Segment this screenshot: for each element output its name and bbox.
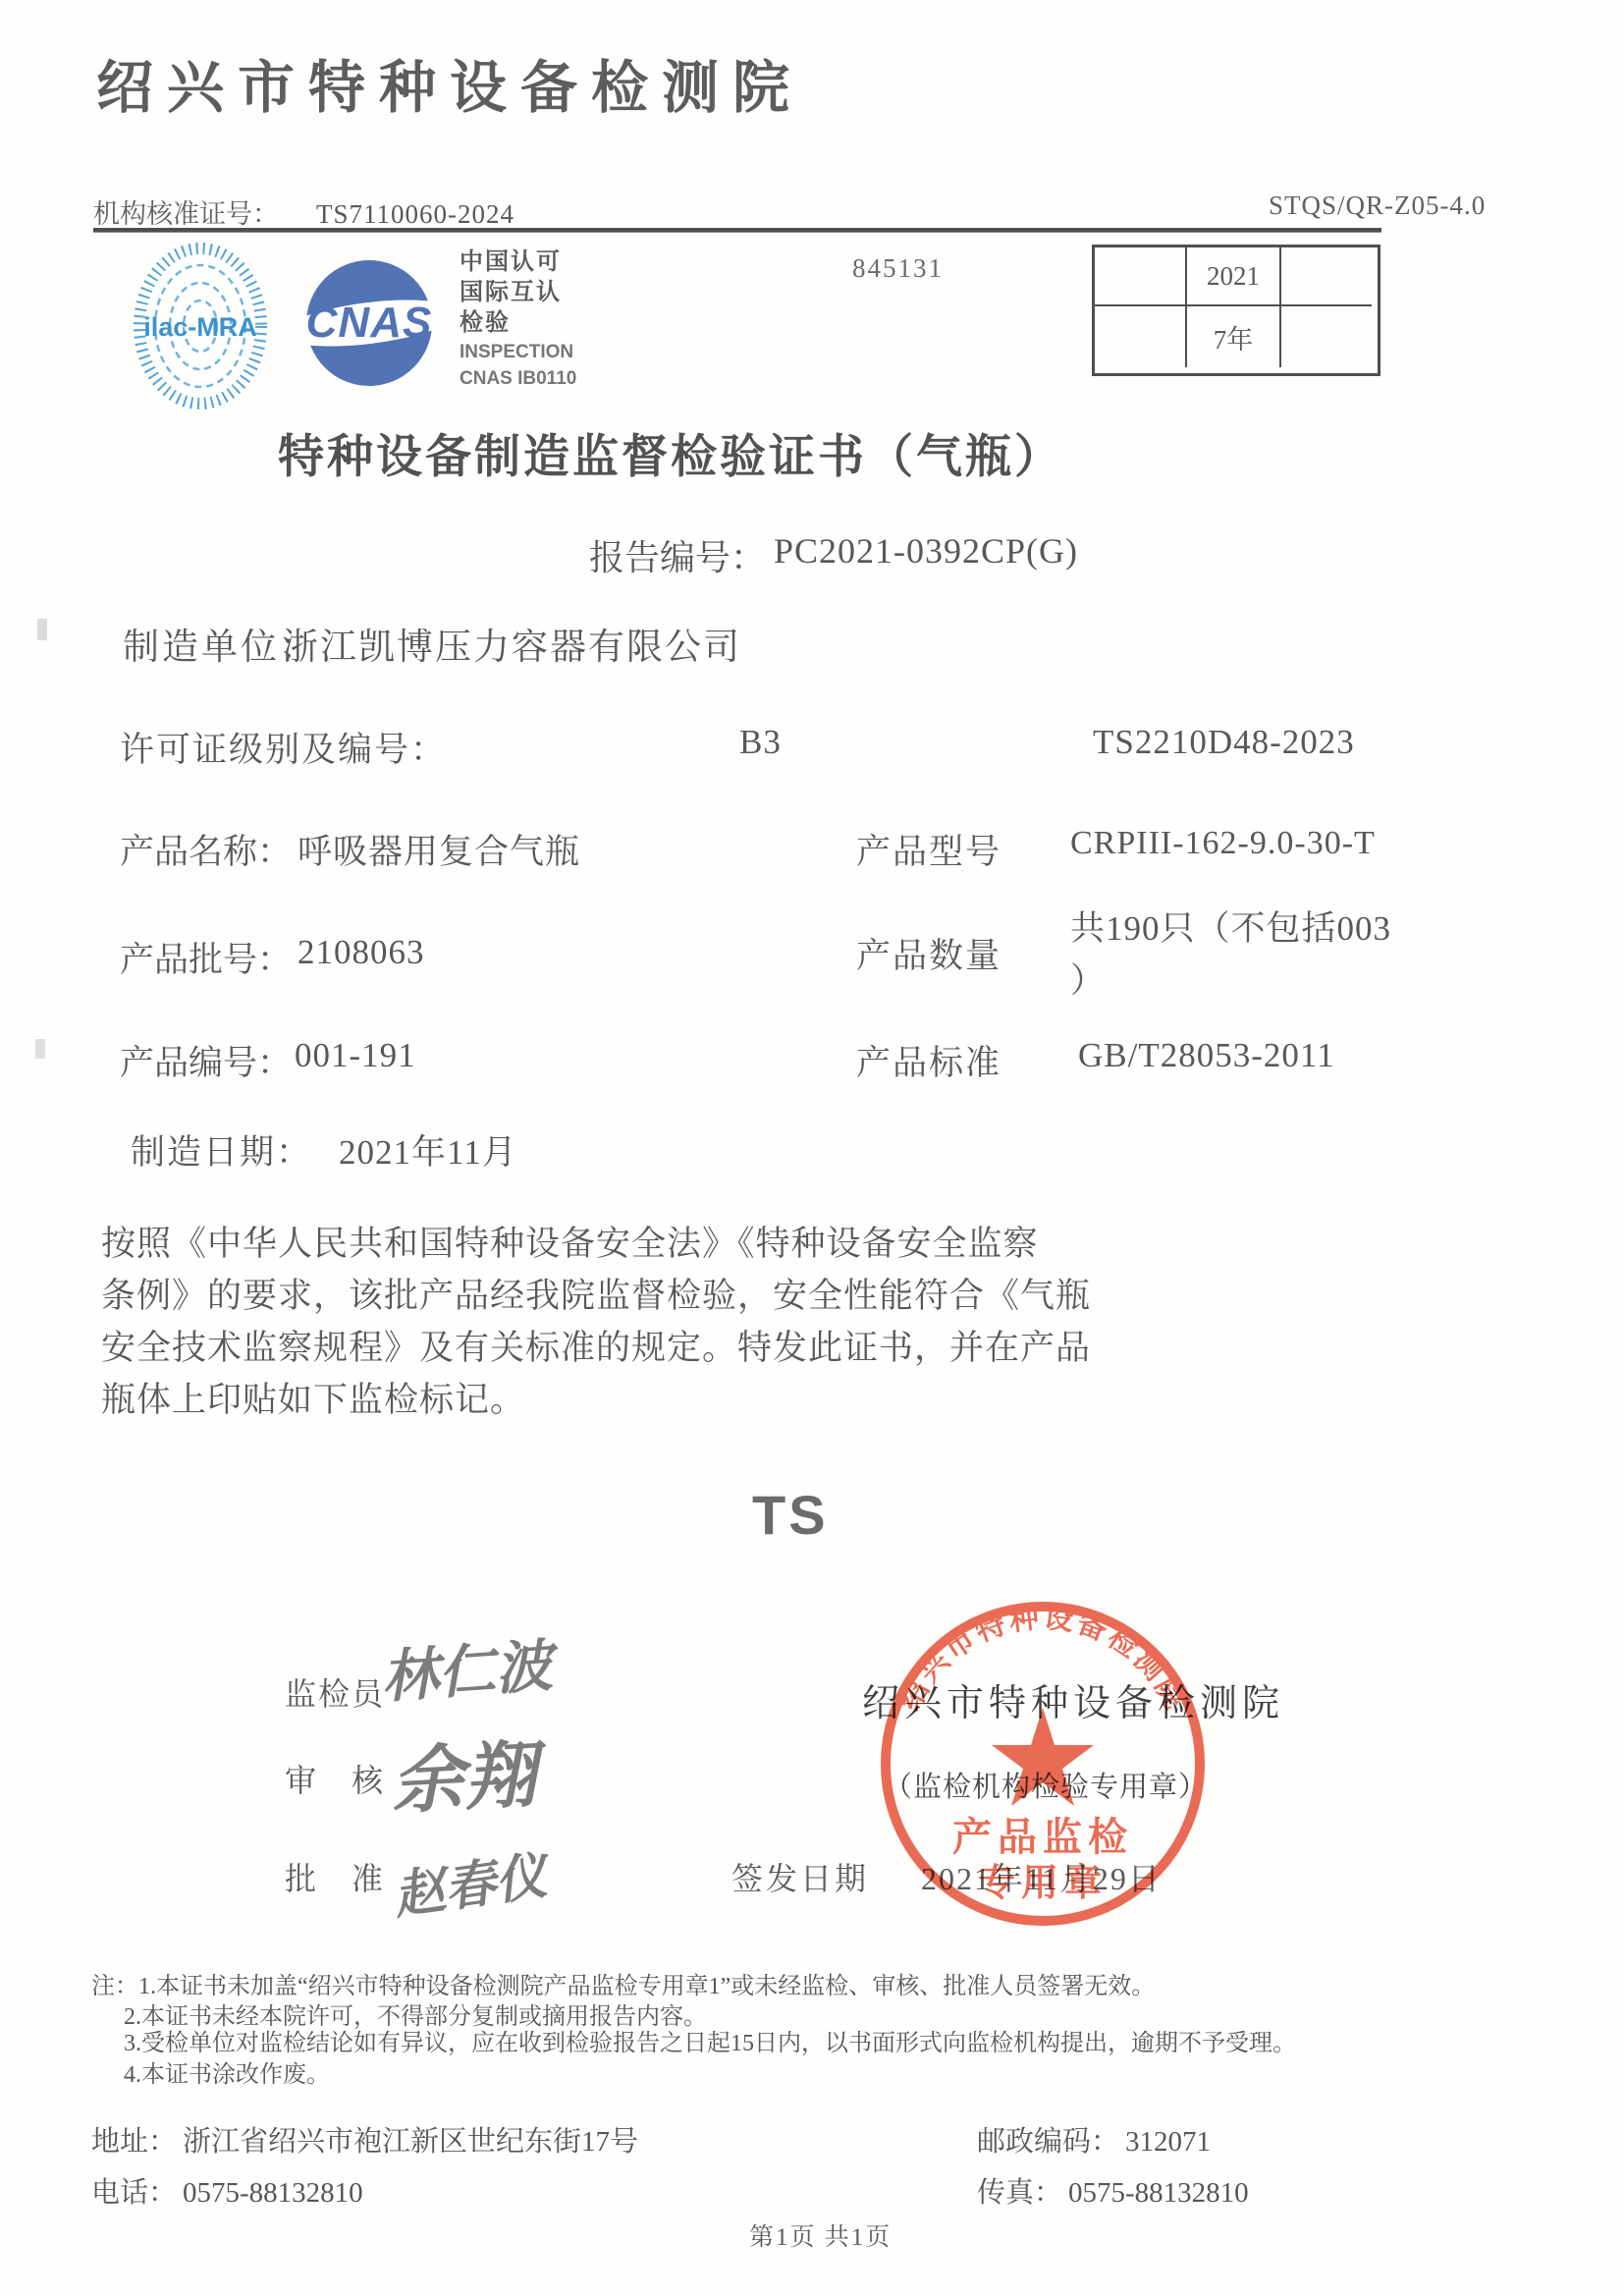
reviewer-signature: 余翔 <box>388 1717 538 1829</box>
telephone-row: 电话：0575-88132810 <box>91 2170 363 2211</box>
reviewer-label: 审 核 <box>285 1756 385 1801</box>
mfg-date-value: 2021年11月 <box>339 1125 517 1175</box>
product-serial-label: 产品编号： <box>120 1036 292 1085</box>
ilac-mra-logo: ilac-MRA <box>131 242 270 415</box>
fax-value: 0575-88132810 <box>1068 2177 1249 2209</box>
address-label: 地址： <box>91 2126 177 2158</box>
stamp-center-line2: 专用章 <box>978 1862 1108 1904</box>
statement-line: 安全技术监察规程》及有关标准的规定。特发此证书，并在产品 <box>101 1322 1091 1374</box>
license-level-value: B3 <box>739 723 782 762</box>
approval-number-value: TS7110060-2024 <box>316 199 514 229</box>
approval-number-row: 机构核准证号：TS7110060-2024 <box>93 192 514 231</box>
address-row: 地址：浙江省绍兴市袍江新区世纪东街17号 <box>91 2119 638 2159</box>
fax-row: 传真：0575-88132810 <box>977 2170 1249 2211</box>
year-table-cell-year: 2021 <box>1187 247 1281 306</box>
batch-label: 产品批号： <box>120 933 292 982</box>
certificate-title: 特种设备制造监督检验证书（气瓶） <box>278 420 1063 486</box>
report-number-value: PC2021-0392CP(G) <box>774 530 1078 572</box>
stamp-star-icon <box>992 1708 1094 1806</box>
quantity-label: 产品数量 <box>856 929 1001 978</box>
standard-value: GB/T28053-2011 <box>1078 1036 1335 1075</box>
inspector-label: 监检员 <box>285 1669 385 1715</box>
accreditation-en-inspection: INSPECTION <box>460 339 676 365</box>
approver-signature: 赵春仪 <box>389 1834 551 1929</box>
product-name-label: 产品名称： <box>120 825 292 874</box>
stamp-center-line1: 产品监检 <box>952 1815 1133 1859</box>
year-table-cell-empty <box>1281 306 1372 367</box>
statement-line: 瓶体上印贴如下监检标记。 <box>101 1374 1091 1426</box>
year-table-cell-empty <box>1281 247 1372 306</box>
fax-label: 传真： <box>977 2177 1062 2209</box>
note-line-1: 注：1.本证书未加盖“绍兴市特种设备检测院产品监检专用章1”或未经监检、审核、批… <box>91 1966 1155 2000</box>
accreditation-cnas-id: CNAS IB0110 <box>460 365 676 392</box>
postcode-value: 312071 <box>1125 2126 1211 2158</box>
institute-header-title: 绍兴市特种设备检测院 <box>96 41 803 124</box>
certificate-page: 绍兴市特种设备检测院 机构核准证号：TS7110060-2024 STQS/QR… <box>0 0 1624 2296</box>
stamp-ring-text: 绍兴市特种设备检测院 <box>893 1602 1192 1717</box>
statement-paragraph: 按照《中华人民共和国特种设备安全法》《特种设备安全监察 条例》的要求，该批产品经… <box>101 1218 1091 1426</box>
manufacturer-value: 浙江凯博压力容器有限公司 <box>282 617 741 670</box>
quantity-value-line2: ） <box>1070 954 1106 1003</box>
header-divider-rule <box>93 228 1381 233</box>
batch-value: 2108063 <box>298 933 425 972</box>
approver-label: 批 准 <box>285 1854 385 1899</box>
scan-artifact <box>35 1039 45 1059</box>
product-name-value: 呼吸器用复合气瓶 <box>298 825 580 874</box>
model-value: CRPIII-162-9.0-30-T <box>1070 825 1376 862</box>
approval-number-label: 机构核准证号： <box>93 199 279 229</box>
year-table-cell-empty <box>1095 247 1187 306</box>
scan-artifact <box>37 619 47 640</box>
telephone-value: 0575-88132810 <box>183 2177 363 2209</box>
ts-supervision-mark: TS <box>752 1483 829 1547</box>
postcode-label: 邮政编码： <box>977 2126 1119 2158</box>
license-number-value: TS2210D48-2023 <box>1093 723 1355 762</box>
issue-date-label: 签发日期 <box>731 1854 869 1899</box>
year-table: 2021 7年 <box>1092 245 1380 376</box>
accreditation-cn-line2: 国际互认 <box>460 278 676 308</box>
telephone-label: 电话： <box>91 2177 177 2209</box>
print-serial-number: 845131 <box>852 253 944 284</box>
standard-label: 产品标准 <box>856 1036 1001 1085</box>
note-item-4: 4.本证书涂改作废。 <box>124 2054 330 2089</box>
cnas-logo-text: CNAS <box>306 299 433 347</box>
document-code: STQS/QR-Z05-4.0 <box>1269 191 1486 221</box>
note-item-3: 3.受检单位对监检结论如有异议，应在收到检验报告之日起15日内，以书面形式向监检… <box>124 2023 1296 2057</box>
report-number-label: 报告编号： <box>589 530 766 580</box>
cnas-logo: CNAS <box>298 251 441 400</box>
page-number-info: 第1页 共1页 <box>749 2217 892 2253</box>
product-serial-value: 001-191 <box>295 1036 416 1075</box>
inspector-signature: 林仁波 <box>378 1619 554 1714</box>
year-table-cell-empty <box>1095 306 1187 367</box>
quantity-value-line1: 共190只（不包括003 <box>1070 902 1391 951</box>
address-value: 浙江省绍兴市袍江新区世纪东街17号 <box>183 2126 638 2158</box>
statement-line: 按照《中华人民共和国特种设备安全法》《特种设备安全监察 <box>101 1218 1091 1270</box>
license-label: 许可证级别及编号： <box>120 723 447 772</box>
red-seal-stamp: 绍兴市特种设备检测院 产品监检 专用章 <box>872 1593 1214 1935</box>
accreditation-cn-line3: 检验 <box>460 308 676 339</box>
accreditation-text-block: 中国认可 国际互认 检验 INSPECTION CNAS IB0110 <box>460 247 676 392</box>
postcode-row: 邮政编码：312071 <box>977 2119 1211 2159</box>
statement-line: 条例》的要求，该批产品经我院监督检验，安全性能符合《气瓶 <box>101 1270 1091 1322</box>
year-table-cell-duration: 7年 <box>1187 306 1281 367</box>
mfg-date-label: 制造日期： <box>131 1125 312 1175</box>
svg-text:绍兴市特种设备检测院: 绍兴市特种设备检测院 <box>893 1602 1192 1717</box>
ilac-mra-text: ilac-MRA <box>143 312 257 342</box>
accreditation-cn-line1: 中国认可 <box>460 247 676 278</box>
model-label: 产品型号 <box>856 825 1001 874</box>
